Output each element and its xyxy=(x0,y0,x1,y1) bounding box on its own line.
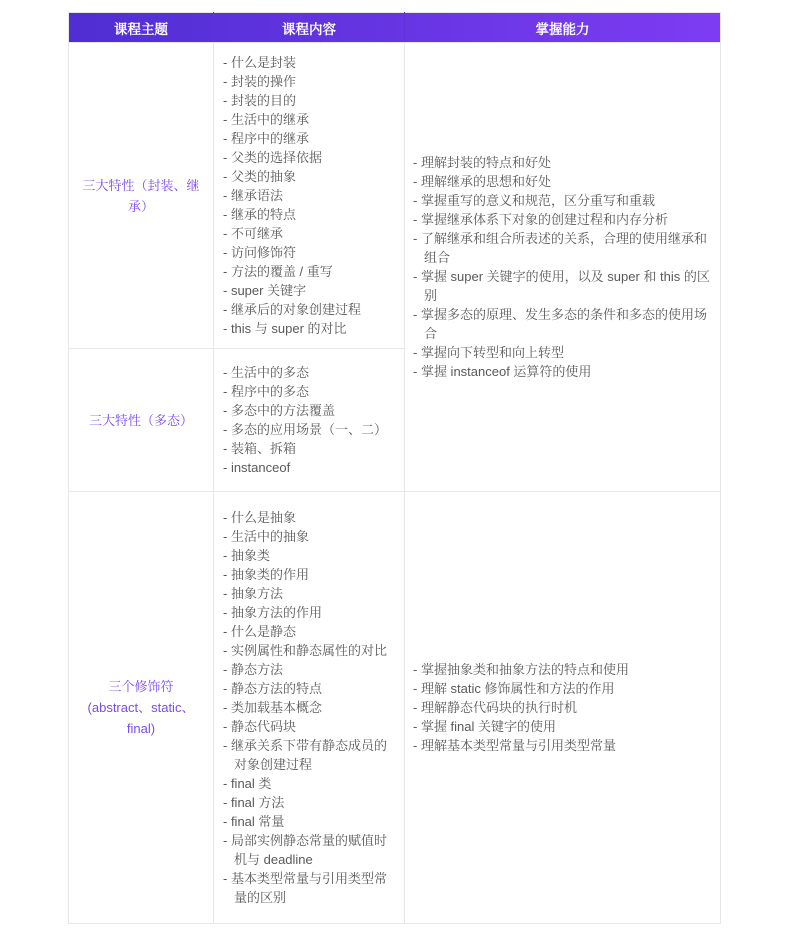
list-item: - 什么是封装 xyxy=(223,53,399,72)
course-table: 课程主题 课程内容 掌握能力 三大特性（封装、继承） - 什么是封装- 封装的操… xyxy=(68,12,721,924)
list-item: - 继承关系下带有静态成员的对象创建过程 xyxy=(223,736,399,774)
content-cell-encapsulation-inheritance: - 什么是封装- 封装的操作- 封装的目的- 生活中的继承- 程序中的继承- 父… xyxy=(214,43,405,349)
list-item: - 访问修饰符 xyxy=(223,243,399,262)
list-item: - final 常量 xyxy=(223,812,399,831)
list-item: - 掌握多态的原理、发生多态的条件和多态的使用场合 xyxy=(413,305,710,343)
list-item: - 程序中的继承 xyxy=(223,129,399,148)
content-list: - 什么是封装- 封装的操作- 封装的目的- 生活中的继承- 程序中的继承- 父… xyxy=(223,53,399,338)
list-item: - 什么是抽象 xyxy=(223,508,399,527)
list-item: - 实例属性和静态属性的对比 xyxy=(223,641,399,660)
list-item: - 掌握抽象类和抽象方法的特点和使用 xyxy=(413,660,710,679)
list-item: - super 关键字 xyxy=(223,281,399,300)
content-list: - 生活中的多态- 程序中的多态- 多态中的方法覆盖- 多态的应用场景（一、二）… xyxy=(223,363,399,477)
list-item: - 静态方法的特点 xyxy=(223,679,399,698)
list-item: - 理解封装的特点和好处 xyxy=(413,153,710,172)
list-item: - 多态中的方法覆盖 xyxy=(223,401,399,420)
list-item: - 生活中的继承 xyxy=(223,110,399,129)
table-row-three-modifiers: 三个修饰符 (abstract、static、final) - 什么是抽象- 生… xyxy=(69,492,721,924)
list-item: - 程序中的多态 xyxy=(223,382,399,401)
list-item: - 封装的操作 xyxy=(223,72,399,91)
topic-cell-encapsulation-inheritance: 三大特性（封装、继承） xyxy=(69,43,214,349)
list-item: - 局部实例静态常量的赋值时机与 deadline xyxy=(223,831,399,869)
content-cell-polymorphism: - 生活中的多态- 程序中的多态- 多态中的方法覆盖- 多态的应用场景（一、二）… xyxy=(214,349,405,492)
list-item: - 掌握 instanceof 运算符的使用 xyxy=(413,362,710,381)
list-item: - 生活中的抽象 xyxy=(223,527,399,546)
ability-cell-merged-rows-1-2: - 理解封装的特点和好处- 理解继承的思想和好处- 掌握重写的意义和规范，区分重… xyxy=(405,43,721,492)
ability-cell-three-modifiers: - 掌握抽象类和抽象方法的特点和使用- 理解 static 修饰属性和方法的作用… xyxy=(405,492,721,924)
list-item: - 抽象方法的作用 xyxy=(223,603,399,622)
list-item: - 抽象方法 xyxy=(223,584,399,603)
list-item: - 生活中的多态 xyxy=(223,363,399,382)
table-header-row: 课程主题 课程内容 掌握能力 xyxy=(69,13,721,43)
header-mastery-ability: 掌握能力 xyxy=(405,13,721,43)
list-item: - 装箱、拆箱 xyxy=(223,439,399,458)
header-course-topic: 课程主题 xyxy=(69,13,214,43)
course-outline-page: 课程主题 课程内容 掌握能力 三大特性（封装、继承） - 什么是封装- 封装的操… xyxy=(0,0,790,931)
table-row-encapsulation-inheritance: 三大特性（封装、继承） - 什么是封装- 封装的操作- 封装的目的- 生活中的继… xyxy=(69,43,721,349)
list-item: - 理解基本类型常量与引用类型常量 xyxy=(413,736,710,755)
list-item: - 类加载基本概念 xyxy=(223,698,399,717)
ability-list: - 理解封装的特点和好处- 理解继承的思想和好处- 掌握重写的意义和规范，区分重… xyxy=(413,153,710,381)
list-item: - 掌握向下转型和向上转型 xyxy=(413,343,710,362)
list-item: - 父类的选择依据 xyxy=(223,148,399,167)
list-item: - 静态代码块 xyxy=(223,717,399,736)
list-item: - 基本类型常量与引用类型常量的区别 xyxy=(223,869,399,907)
content-list: - 什么是抽象- 生活中的抽象- 抽象类- 抽象类的作用- 抽象方法- 抽象方法… xyxy=(223,508,399,907)
list-item: - this 与 super 的对比 xyxy=(223,319,399,338)
list-item: - 抽象类 xyxy=(223,546,399,565)
list-item: - 理解继承的思想和好处 xyxy=(413,172,710,191)
list-item: - 抽象类的作用 xyxy=(223,565,399,584)
header-course-content: 课程内容 xyxy=(214,13,405,43)
list-item: - 方法的覆盖 / 重写 xyxy=(223,262,399,281)
list-item: - 继承后的对象创建过程 xyxy=(223,300,399,319)
list-item: - 什么是静态 xyxy=(223,622,399,641)
list-item: - 掌握 super 关键字的使用，以及 super 和 this 的区别 xyxy=(413,267,710,305)
list-item: - 掌握继承体系下对象的创建过程和内存分析 xyxy=(413,210,710,229)
list-item: - instanceof xyxy=(223,458,399,477)
list-item: - 掌握 final 关键字的使用 xyxy=(413,717,710,736)
list-item: - 静态方法 xyxy=(223,660,399,679)
list-item: - 不可继承 xyxy=(223,224,399,243)
list-item: - 继承语法 xyxy=(223,186,399,205)
topic-cell-three-modifiers: 三个修饰符 (abstract、static、final) xyxy=(69,492,214,924)
content-cell-three-modifiers: - 什么是抽象- 生活中的抽象- 抽象类- 抽象类的作用- 抽象方法- 抽象方法… xyxy=(214,492,405,924)
list-item: - 父类的抽象 xyxy=(223,167,399,186)
list-item: - 多态的应用场景（一、二） xyxy=(223,420,399,439)
list-item: - final 类 xyxy=(223,774,399,793)
list-item: - 理解静态代码块的执行时机 xyxy=(413,698,710,717)
list-item: - 了解继承和组合所表述的关系，合理的使用继承和组合 xyxy=(413,229,710,267)
list-item: - 理解 static 修饰属性和方法的作用 xyxy=(413,679,710,698)
list-item: - final 方法 xyxy=(223,793,399,812)
ability-list: - 掌握抽象类和抽象方法的特点和使用- 理解 static 修饰属性和方法的作用… xyxy=(413,660,710,755)
list-item: - 封装的目的 xyxy=(223,91,399,110)
list-item: - 掌握重写的意义和规范，区分重写和重载 xyxy=(413,191,710,210)
list-item: - 继承的特点 xyxy=(223,205,399,224)
topic-cell-polymorphism: 三大特性（多态） xyxy=(69,349,214,492)
